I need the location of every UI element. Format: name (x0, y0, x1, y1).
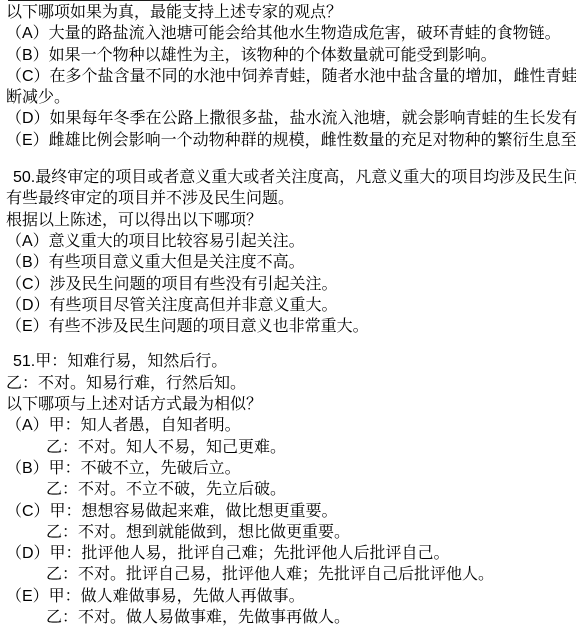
q49-option-c-continuation-line: 断减少。 (6, 87, 576, 108)
q49-option-c-line: （C）在多个盐含量不同的水池中饲养青蛙，随者水池中盐含量的增加，雌性青蛙的数量不 (6, 66, 576, 87)
q50-option-a-line: （A）意义重大的项目比较容易引起关注。 (6, 231, 576, 252)
q51-option-e-yi-line: 乙：不对。做人易做事难，先做事再做人。 (6, 607, 576, 626)
q51-option-d-jia-line: （D）甲：批评他人易，批评自己难；先批评他人后批评自己。 (6, 543, 576, 564)
q50-stem-line-2: 有些最终审定的项目并不涉及民生问题。 (6, 188, 576, 209)
q51-option-b-jia-line: （B）甲：不破不立，先破后立。 (6, 458, 576, 479)
q51-dialog-jia-line: 51.甲：知难行易，知然后行。 (6, 351, 576, 372)
q49-option-a-line: （A）大量的路盐流入池塘可能会给其他水生物造成危害，破环青蛙的食物链。 (6, 23, 576, 44)
q51-question-line: 以下哪项与上述对话方式最为相似？ (6, 394, 576, 415)
q51-option-d-yi-line: 乙：不对。批评自己易，批评他人难；先批评自己后批评他人。 (6, 564, 576, 585)
q51-dialog-yi-line: 乙：不对。知易行难，行然后知。 (6, 373, 576, 394)
q50-question-line: 根据以上陈述，可以得出以下哪项？ (6, 210, 576, 231)
q50-option-c-line: （C）涉及民生问题的项目有些没有引起关注。 (6, 274, 576, 295)
q49-option-d-line: （D）如果每年冬季在公路上撒很多盐，盐水流入池塘，就会影响青蛙的生长发有过程。 (6, 108, 576, 129)
document-page: 以下哪项如果为真，最能支持上述专家的观点？ （A）大量的路盐流入池塘可能会给其他… (0, 0, 576, 626)
question-51-block: 51.甲：知难行易，知然后行。 乙：不对。知易行难，行然后知。 以下哪项与上述对… (6, 351, 576, 626)
q50-option-e-line: （E）有些不涉及民生问题的项目意义也非常重大。 (6, 316, 576, 337)
q51-option-b-yi-line: 乙：不对。不立不破，先立后破。 (6, 479, 576, 500)
q49-stem-line: 以下哪项如果为真，最能支持上述专家的观点？ (6, 2, 576, 23)
q49-option-e-line: （E）雌雄比例会影响一个动物种群的规模，雌性数量的充足对物种的繁衍生息至关重要。 (6, 130, 576, 151)
clipped-text-artifact (8, 0, 200, 1)
q51-option-c-jia-line: （C）甲：想想容易做起来难，做比想更重要。 (6, 501, 576, 522)
document-body: { "page": { "background": "#ffffff", "te… (0, 0, 576, 626)
q49-option-b-line: （B）如果一个物种以雄性为主，该物种的个体数量就可能受到影响。 (6, 45, 576, 66)
question-49-block: 以下哪项如果为真，最能支持上述专家的观点？ （A）大量的路盐流入池塘可能会给其他… (6, 2, 576, 151)
q51-option-e-jia-line: （E）甲：做人难做事易，先做人再做事。 (6, 586, 576, 607)
question-50-block: 50.最终审定的项目或者意义重大或者关注度高，凡意义重大的项目均涉及民生问题。但… (6, 167, 576, 337)
q50-stem-line-1: 50.最终审定的项目或者意义重大或者关注度高，凡意义重大的项目均涉及民生问题。但… (6, 167, 576, 188)
q50-option-b-line: （B）有些项目意义重大但是关注度不高。 (6, 252, 576, 273)
q51-option-c-yi-line: 乙：不对。想到就能做到，想比做更重要。 (6, 522, 576, 543)
q51-option-a-yi-line: 乙：不对。知人不易，知己更难。 (6, 437, 576, 458)
q51-option-a-jia-line: （A）甲：知人者愚，自知者明。 (6, 415, 576, 436)
q50-option-d-line: （D）有些项目尽管关注度高但并非意义重大。 (6, 295, 576, 316)
